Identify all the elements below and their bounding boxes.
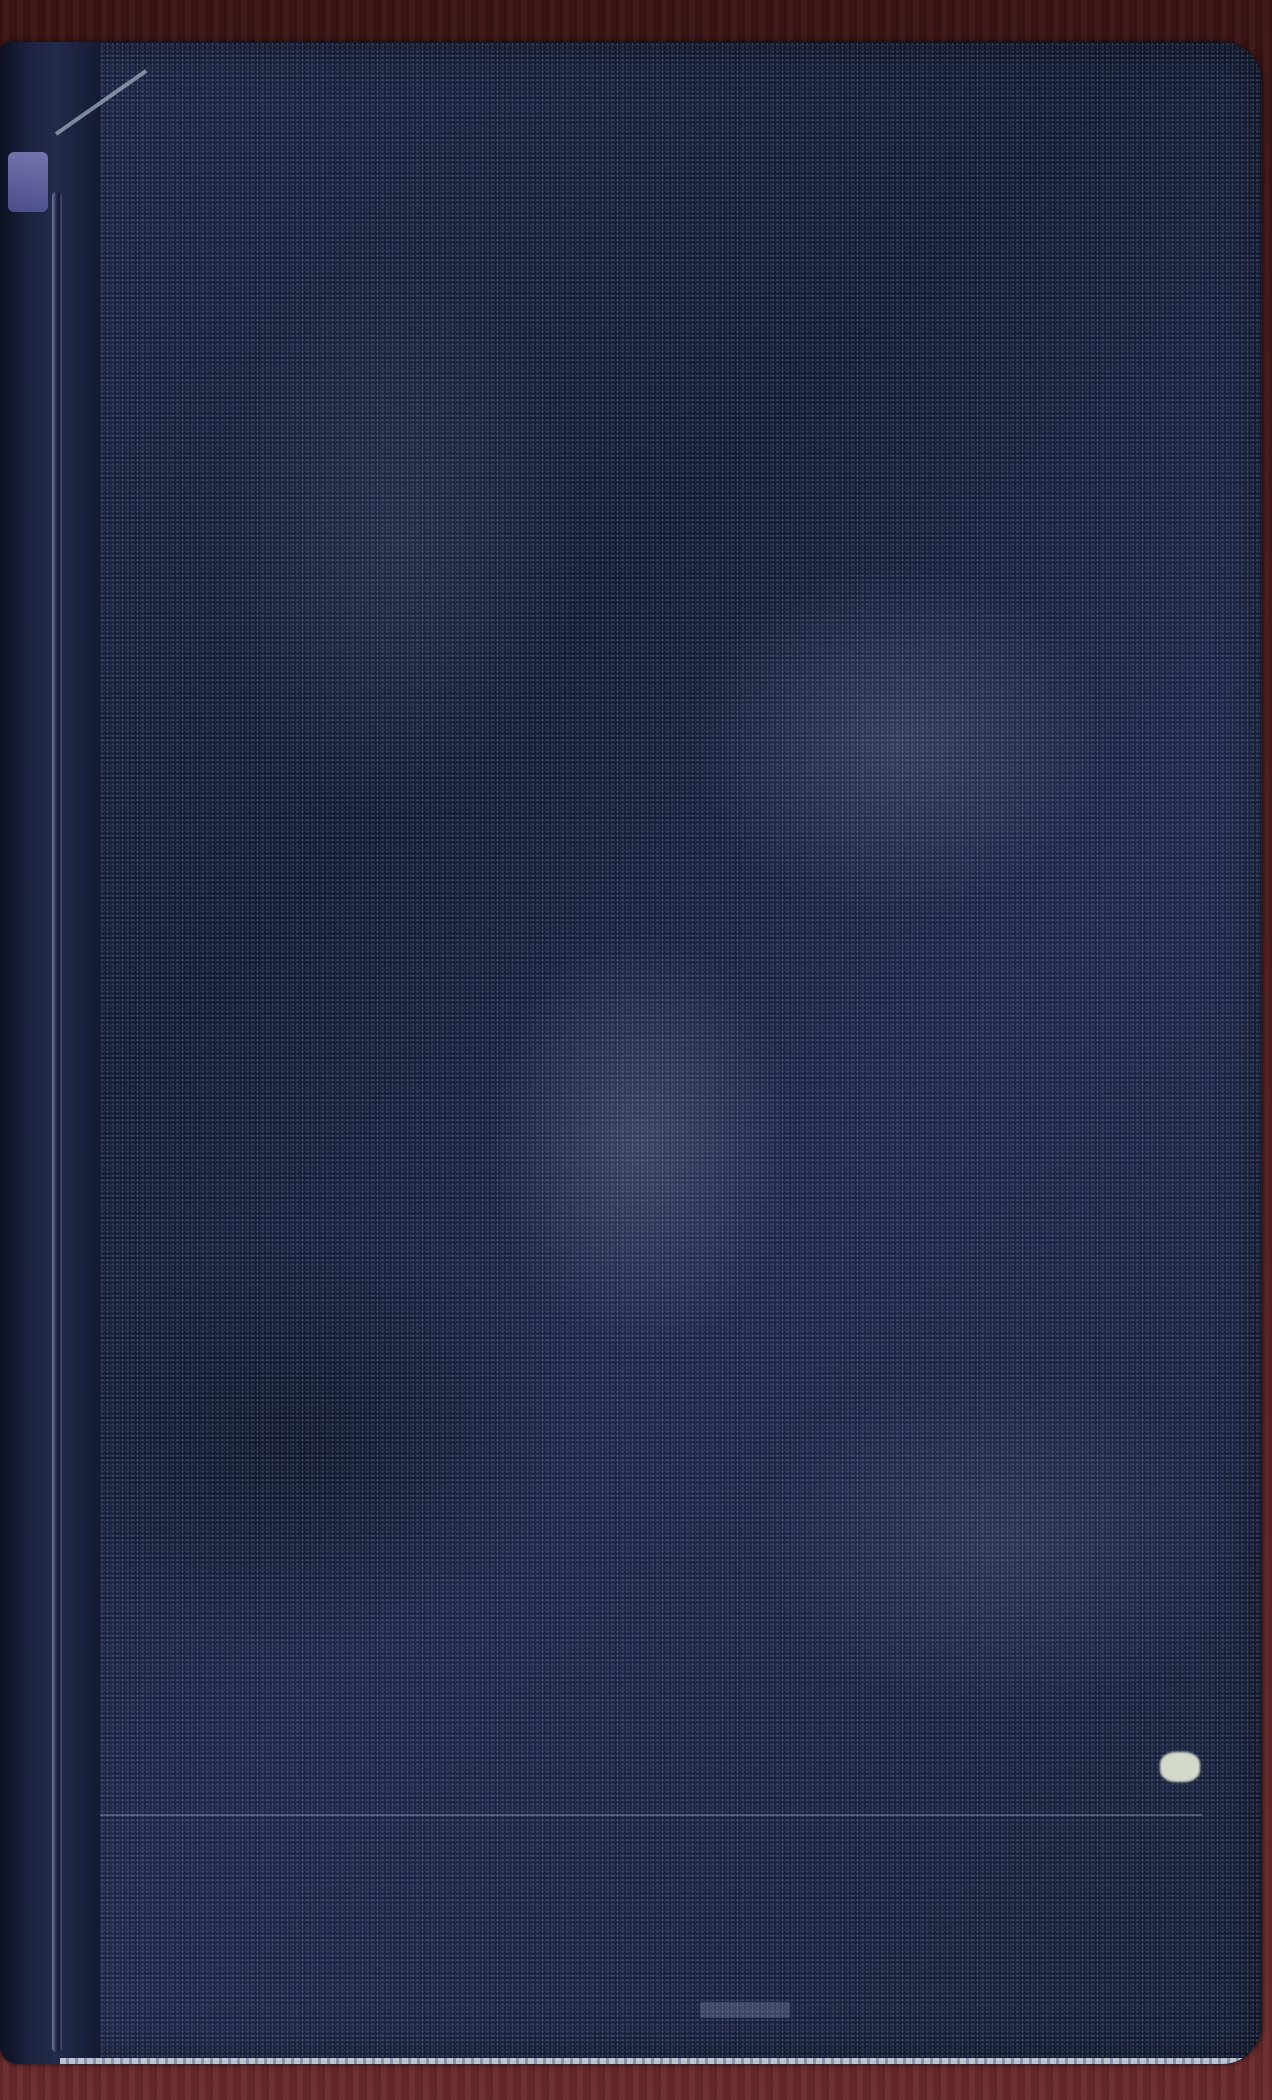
scuff-mark xyxy=(1160,1752,1200,1782)
photo-background: Reddish wooden surface xyxy=(0,0,1,1)
blind-frame-line xyxy=(100,1814,1202,1816)
photo-scene: Dark navy cloth-bound book, back/front c… xyxy=(0,0,1272,2100)
book-cover xyxy=(0,42,1262,2064)
cloth-texture xyxy=(0,42,1262,2064)
page-edge xyxy=(60,2058,1242,2064)
bottom-stamp xyxy=(700,2002,790,2018)
spine-hinge-groove xyxy=(52,192,62,2052)
photo-subject: Dark navy cloth-bound book, back/front c… xyxy=(0,0,1,1)
book-spine xyxy=(0,42,100,2064)
ribbon-bookmark xyxy=(8,152,48,212)
